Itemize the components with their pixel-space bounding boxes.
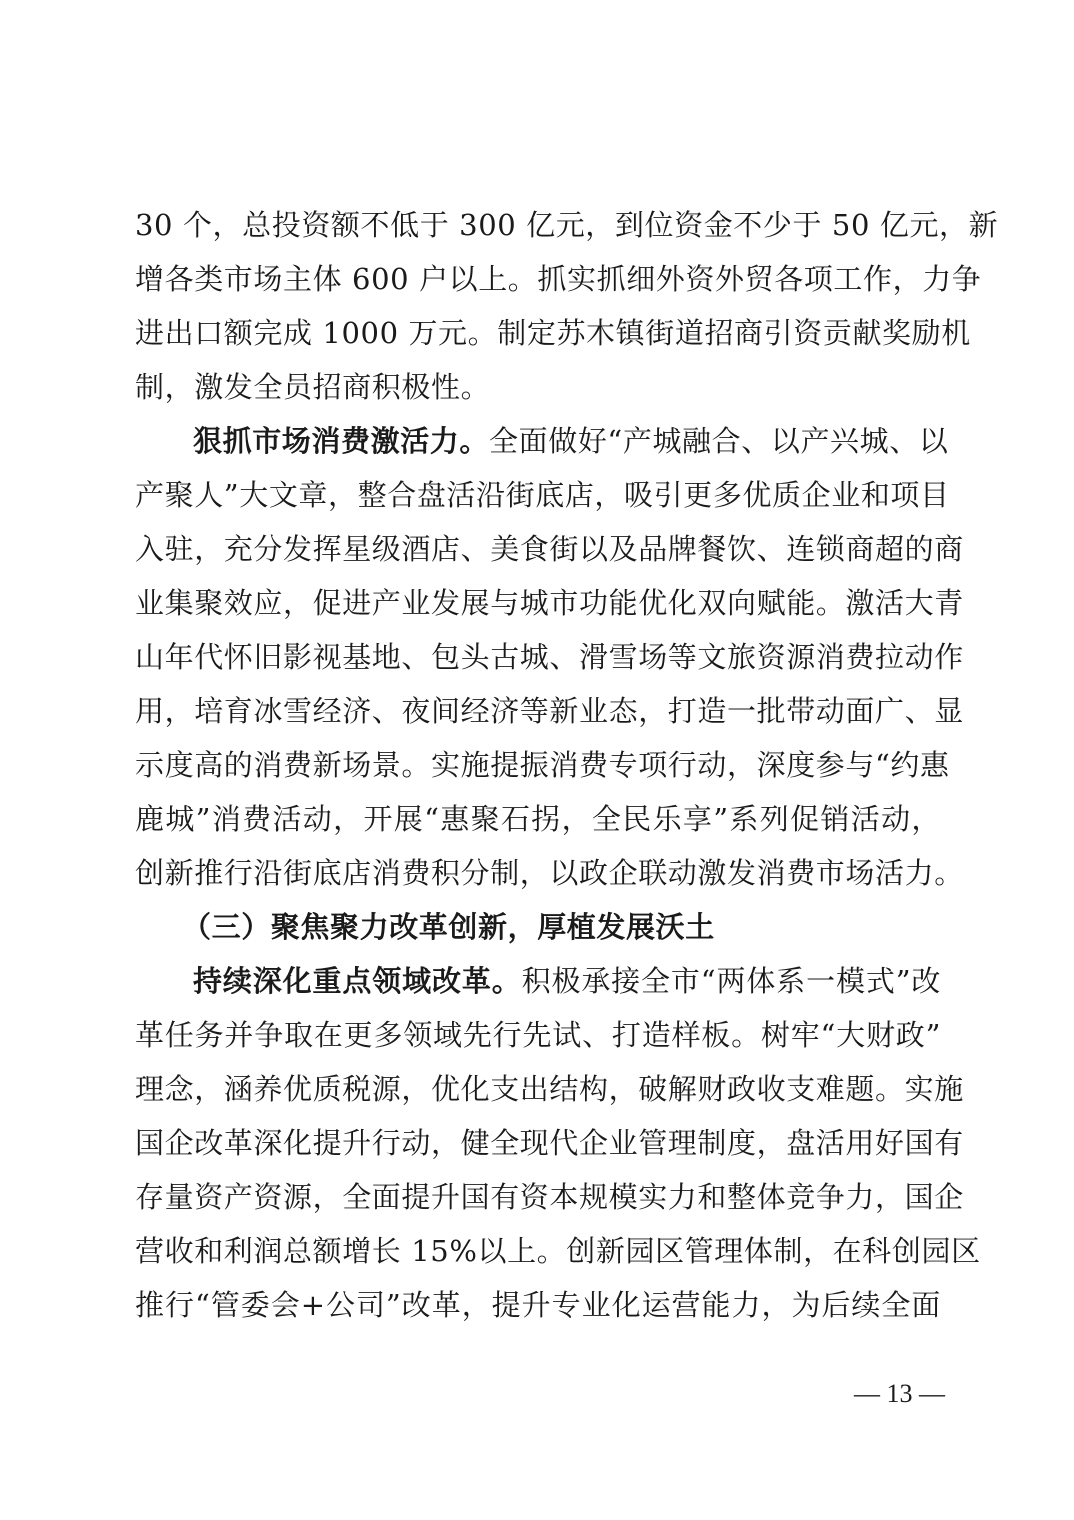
text-line: 增各类市场主体 600 户以上。抓实抓细外资外贸各项工作，力争 [135,259,941,299]
text-line: 山年代怀旧影视基地、包头古城、滑雪场等文旅资源消费拉动作 [135,637,941,677]
text-line: 产聚人”大文章，整合盘活沿街底店，吸引更多优质企业和项目 [135,475,941,515]
text-line: 营收和利润总额增长 15%以上。创新园区管理体制，在科创园区 [135,1231,941,1271]
section-heading: （三）聚焦聚力改革创新，厚植发展沃土 [182,907,941,947]
text-span: 积极承接全市“两体系一模式”改 [522,964,941,998]
text-span: 全面做好“产城融合、以产兴城、以 [489,424,948,458]
text-line: 入驻，充分发挥星级酒店、美食街以及品牌餐饮、连锁商超的商 [135,529,941,569]
paragraph-first-line: 狠抓市场消费激活力。全面做好“产城融合、以产兴城、以 [193,421,941,461]
paragraph-lead-heading: 持续深化重点领域改革。 [193,964,522,998]
paragraph-first-line: 持续深化重点领域改革。积极承接全市“两体系一模式”改 [193,961,941,1001]
text-line: 推行“管委会+公司”改革，提升专业化运营能力，为后续全面 [135,1285,941,1325]
text-line: 30 个，总投资额不低于 300 亿元，到位资金不少于 50 亿元，新 [135,205,941,245]
text-line: 存量资产资源，全面提升国有资本规模实力和整体竞争力，国企 [135,1177,941,1217]
text-line: 用，培育冰雪经济、夜间经济等新业态，打造一批带动面广、显 [135,691,941,731]
text-line: 国企改革深化提升行动，健全现代企业管理制度，盘活用好国有 [135,1123,941,1163]
document-page: 30 个，总投资额不低于 300 亿元，到位资金不少于 50 亿元，新 增各类市… [0,0,1074,1520]
text-line: 创新推行沿街底店消费积分制，以政企联动激发消费市场活力。 [135,853,941,893]
page-number: — 13 — [820,1376,945,1412]
text-line: 示度高的消费新场景。实施提振消费专项行动，深度参与“约惠 [135,745,941,785]
text-line: 理念，涵养优质税源，优化支出结构，破解财政收支难题。实施 [135,1069,941,1109]
text-line: 进出口额完成 1000 万元。制定苏木镇街道招商引资贡献奖励机 [135,313,941,353]
text-line: 制，激发全员招商积极性。 [135,367,941,407]
text-line: 鹿城”消费活动，开展“惠聚石拐，全民乐享”系列促销活动， [135,799,941,839]
text-line: 业集聚效应，促进产业发展与城市功能优化双向赋能。激活大青 [135,583,941,623]
text-line: 革任务并争取在更多领域先行先试、打造样板。树牢“大财政” [135,1015,941,1055]
paragraph-lead-heading: 狠抓市场消费激活力。 [193,424,489,458]
